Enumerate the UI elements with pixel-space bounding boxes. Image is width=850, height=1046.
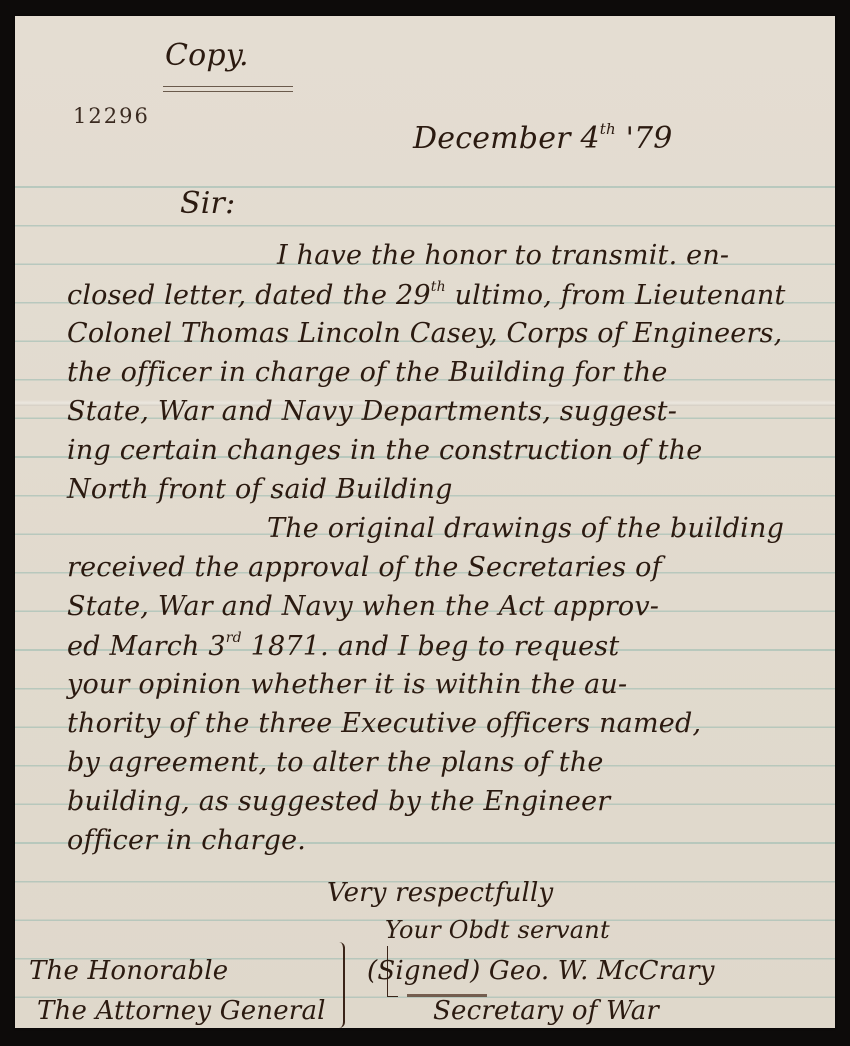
body-line: North front of said Building (67, 474, 453, 505)
body-line: The original drawings of the building (267, 513, 784, 544)
body-line: received the approval of the Secretaries… (67, 552, 662, 583)
date-main: December 4 (413, 121, 600, 156)
body-line-text: ultimo, from Lieutenant (446, 280, 786, 311)
signature-line: (Signed) Geo. W. McCrary (367, 956, 715, 986)
copy-underline (163, 86, 293, 92)
body-line-superscript: rd (226, 630, 242, 646)
addressee-title: The Attorney General (37, 996, 326, 1026)
body-line: your opinion whether it is within the au… (67, 669, 627, 700)
copy-label: Copy. (165, 38, 249, 73)
body-line: Colonel Thomas Lincoln Casey, Corps of E… (67, 318, 782, 349)
body-line-text: 1871. and I beg to request (242, 631, 620, 662)
body-line: closed letter, dated the 29th ultimo, fr… (67, 279, 786, 311)
letter-date: December 4th '79 (413, 120, 673, 156)
body-line: ed March 3rd 1871. and I beg to request (67, 630, 619, 662)
body-line: officer in charge. (67, 825, 306, 856)
file-number: 12296 (73, 104, 150, 128)
signer-title: Secretary of War (433, 996, 659, 1026)
body-line-superscript: th (431, 279, 446, 295)
body-line: building, as suggested by the Engineer (67, 786, 610, 817)
date-year: '79 (626, 121, 673, 156)
body-line: State, War and Navy when the Act approv- (67, 591, 659, 622)
closing-servant: Your Obdt servant (385, 916, 610, 944)
addressee-brace (337, 942, 345, 1028)
body-line: thority of the three Executive officers … (67, 708, 701, 739)
body-line: by agreement, to alter the plans of the (67, 747, 604, 778)
letter-page: Copy. 12296 December 4th '79 Sir: I have… (15, 16, 835, 1028)
body-line: I have the honor to transmit. en- (277, 240, 729, 271)
body-line: the officer in charge of the Building fo… (67, 357, 668, 388)
signer-name: Geo. W. McCrary (489, 956, 715, 986)
closing-respectfully: Very respectfully (327, 878, 553, 908)
addressee-honorific: The Honorable (29, 956, 228, 986)
body-line: State, War and Navy Departments, suggest… (67, 396, 677, 427)
signed-prefix: (Signed) (367, 956, 480, 986)
body-line-text: ed March 3 (67, 631, 226, 662)
date-suffix: th (600, 120, 616, 138)
body-line-text: closed letter, dated the 29 (67, 280, 431, 311)
body-line: ing certain changes in the construction … (67, 435, 702, 466)
salutation: Sir: (180, 186, 235, 221)
